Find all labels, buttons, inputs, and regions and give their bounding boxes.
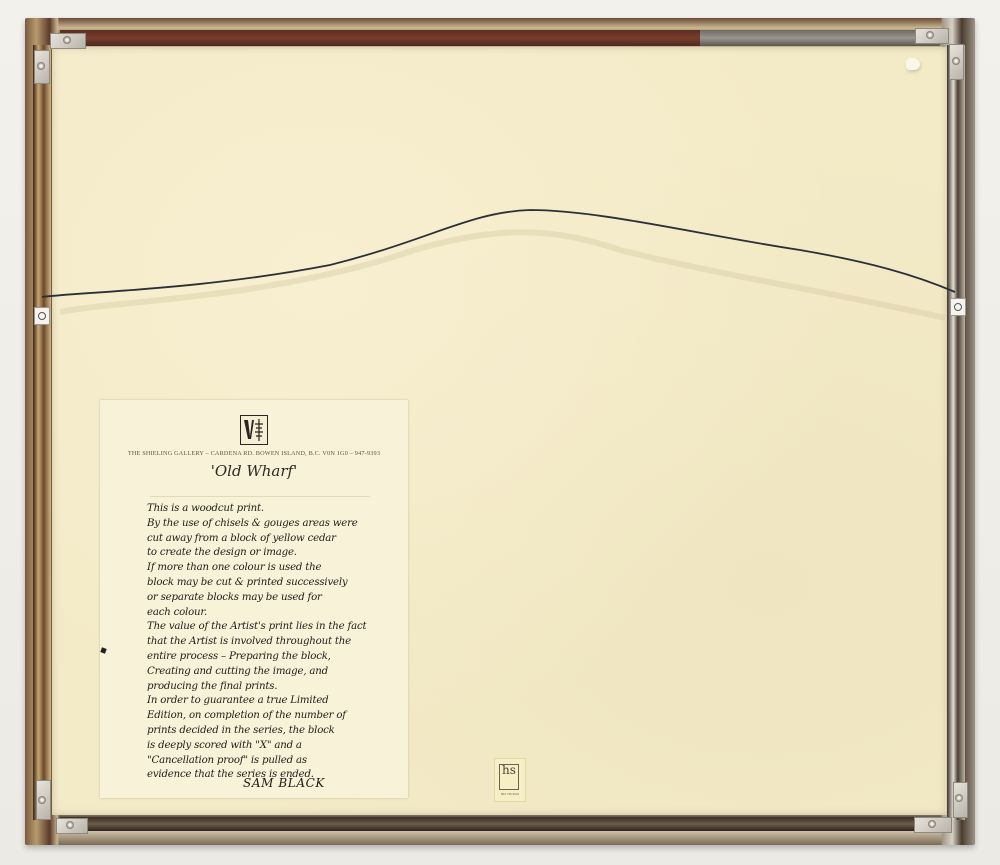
text-line: block may be cut & printed successively	[147, 576, 402, 591]
text-line: to create the design or image.	[147, 546, 402, 561]
text-line: This is a woodcut print.	[147, 502, 402, 517]
text-line: that the Artist is involved throughout t…	[147, 635, 402, 650]
text-line: producing the final prints.	[147, 680, 402, 695]
text-line: "Cancellation proof" is pulled as	[147, 754, 402, 769]
framer-sticker: hs 604 736 0941	[494, 758, 526, 802]
text-line: entire process – Preparing the block,	[147, 650, 402, 665]
text-line: Creating and cutting the image, and	[147, 665, 402, 680]
text-line: is deeply scored with "X" and a	[147, 739, 402, 754]
tree-and-tool-logo-icon	[240, 415, 268, 445]
gallery-address: THE SHIELING GALLERY – CARDENA RD. BOWEN…	[100, 450, 408, 457]
text-line: Edition, on completion of the number of	[147, 709, 402, 724]
text-line: prints decided in the series, the block	[147, 724, 402, 739]
text-line: The value of the Artist's print lies in …	[147, 620, 402, 635]
text-line: cut away from a block of yellow cedar	[147, 532, 402, 547]
text-line: If more than one colour is used the	[147, 561, 402, 576]
monogram: hs	[499, 764, 519, 790]
certificate-text: This is a woodcut print. By the use of c…	[147, 502, 402, 783]
divider	[150, 496, 370, 497]
text-line: each colour.	[147, 606, 402, 621]
print-title: 'Old Wharf'	[100, 462, 408, 480]
sticker-phone: 604 736 0941	[497, 792, 523, 796]
text-line: By the use of chisels & gouges areas wer…	[147, 517, 402, 532]
text-line: In order to guarantee a true Limited	[147, 694, 402, 709]
text-line: or separate blocks may be used for	[147, 591, 402, 606]
artist-signature: SAM BLACK	[243, 776, 325, 790]
